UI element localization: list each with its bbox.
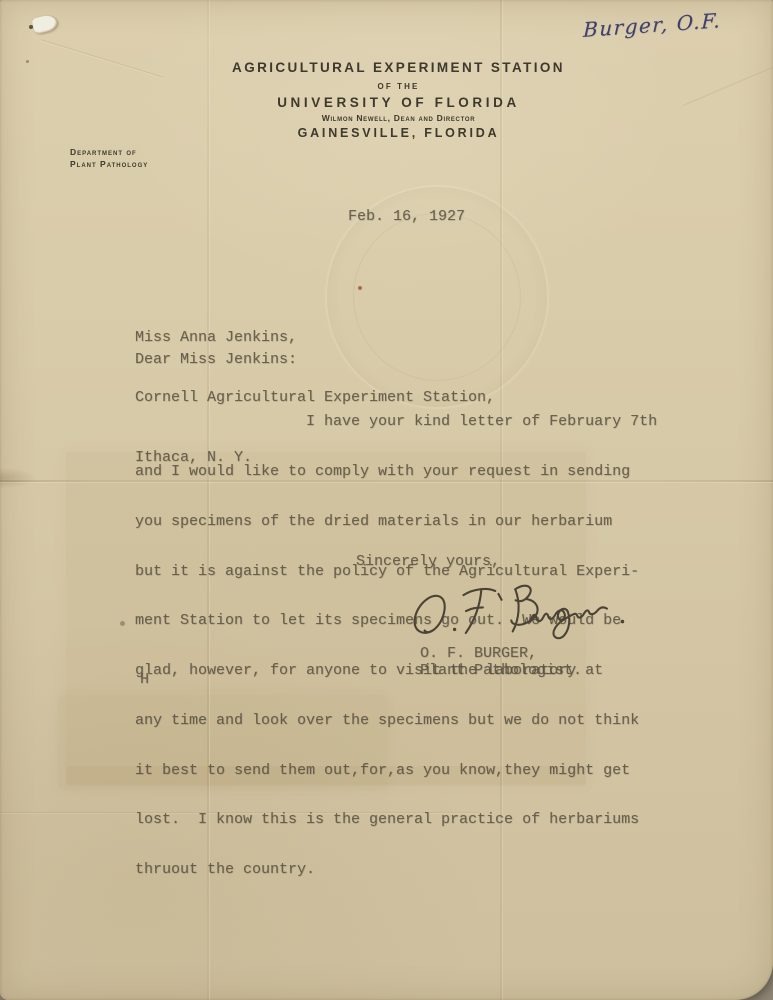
typed-signature-name: O. F. BURGER, xyxy=(420,645,537,662)
handwritten-signature xyxy=(403,570,645,652)
letterhead-station-name: AGRICULTURAL EXPERIMENT STATION xyxy=(12,60,773,75)
body-line: thruout the country. xyxy=(135,862,657,879)
recipient-name: Miss Anna Jenkins, xyxy=(135,328,495,348)
handwritten-annotation: Burger, O.F. xyxy=(583,8,722,42)
letter-body: I have your kind letter of February 7th … xyxy=(135,381,657,912)
body-line: you specimens of the dried materials in … xyxy=(135,514,657,531)
body-line: lost. I know this is the general practic… xyxy=(135,812,657,829)
letterhead-university: UNIVERSITY OF FLORIDA xyxy=(12,95,773,110)
body-line: I have your kind letter of February 7th xyxy=(135,414,657,431)
body-line: and I would like to comply with your req… xyxy=(135,464,657,481)
typed-signature-title: Plant Pathologist. xyxy=(420,662,582,679)
paper-speck xyxy=(120,621,125,626)
paper-speck xyxy=(29,25,33,29)
typist-initial: H xyxy=(140,671,149,688)
department-block: Department of Plant Pathology xyxy=(70,146,148,170)
paper-tear-chip xyxy=(31,13,58,34)
scanned-letter: Burger, O.F. AGRICULTURAL EXPERIMENT STA… xyxy=(0,0,773,1000)
letterhead-dean-line: Wilmon Newell, Dean and Director xyxy=(12,113,773,123)
letterhead-of-the: OF THE xyxy=(12,82,773,91)
letterhead-city: GAINESVILLE, FLORIDA xyxy=(12,126,773,140)
paper-sheet: Burger, O.F. AGRICULTURAL EXPERIMENT STA… xyxy=(0,0,773,1000)
closing-phrase: Sincerely yours, xyxy=(356,553,500,570)
letterhead: AGRICULTURAL EXPERIMENT STATION OF THE U… xyxy=(12,60,773,140)
letter-date: Feb. 16, 1927 xyxy=(348,208,465,225)
department-line-2: Plant Pathology xyxy=(70,158,148,170)
body-line: it best to send them out,for,as you know… xyxy=(135,763,657,780)
fold-crease-edge-shadow xyxy=(0,468,34,488)
department-line-1: Department of xyxy=(70,146,148,158)
body-line: any time and look over the specimens but… xyxy=(135,713,657,730)
salutation: Dear Miss Jenkins: xyxy=(135,351,297,368)
